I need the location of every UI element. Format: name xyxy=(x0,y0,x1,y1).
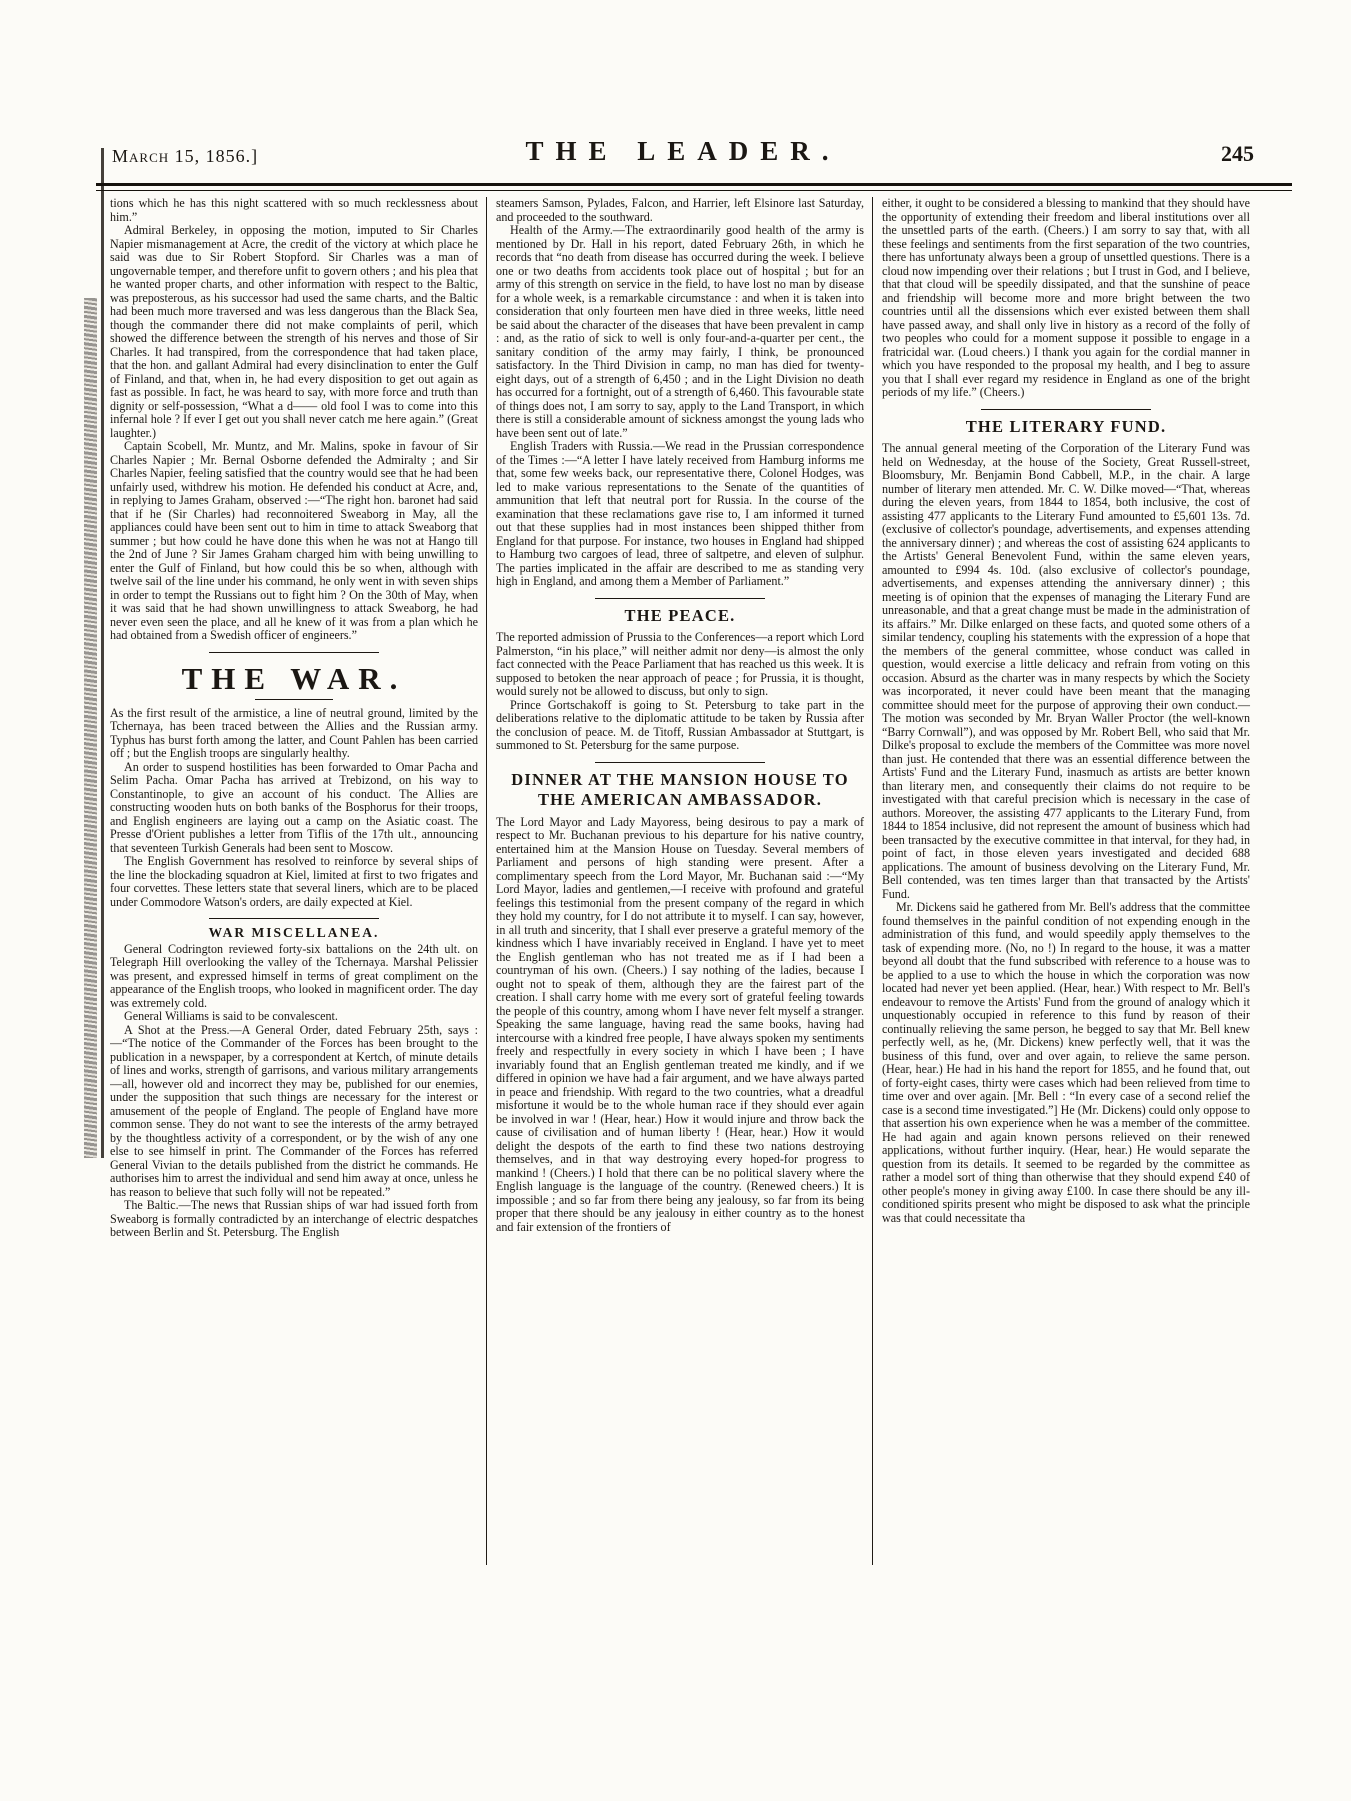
article-paragraph: A Shot at the Press.—A General Order, da… xyxy=(110,1024,478,1200)
column-2: steamers Samson, Pylades, Falcon, and Ha… xyxy=(486,197,872,1565)
article-paragraph: The Baltic.—The news that Russian ships … xyxy=(110,1199,478,1240)
column-3: either, it ought to be considered a bles… xyxy=(872,197,1258,1565)
article-paragraph: Health of the Army.—The extraordinarily … xyxy=(496,224,864,440)
section-divider xyxy=(595,762,764,763)
section-divider xyxy=(595,598,764,599)
article-paragraph: Captain Scobell, Mr. Muntz, and Mr. Mali… xyxy=(110,440,478,643)
article-paragraph: Mr. Dickens said he gathered from Mr. Be… xyxy=(882,901,1250,1225)
column-1: tions which he has this night scattered … xyxy=(110,197,486,1565)
article-heading: THE WAR. xyxy=(110,662,478,696)
section-divider xyxy=(981,409,1150,410)
article-paragraph: The annual general meeting of the Corpor… xyxy=(882,442,1250,901)
section-divider xyxy=(209,918,378,919)
article-paragraph: Admiral Berkeley, in opposing the motion… xyxy=(110,224,478,440)
scan-edge-line xyxy=(101,148,104,1158)
section-divider xyxy=(255,699,332,700)
article-paragraph: As the first result of the armistice, a … xyxy=(110,707,478,761)
article-paragraph: General Codrington reviewed forty-six ba… xyxy=(110,943,478,1011)
article-paragraph: either, it ought to be considered a bles… xyxy=(882,197,1250,400)
article-paragraph: English Traders with Russia.—We read in … xyxy=(496,440,864,589)
header-rule xyxy=(96,183,1292,191)
article-heading: THE LITERARY FUND. xyxy=(888,417,1244,438)
article-paragraph: The English Government has resolved to r… xyxy=(110,855,478,909)
article-heading: WAR MISCELLANEA. xyxy=(110,926,478,940)
article-paragraph: General Williams is said to be convalesc… xyxy=(110,1010,478,1024)
article-heading: DINNER AT THE MANSION HOUSE TO THE AMERI… xyxy=(502,770,858,811)
section-divider xyxy=(209,652,378,653)
article-heading: THE PEACE. xyxy=(502,606,858,627)
article-paragraph: tions which he has this night scattered … xyxy=(110,197,478,224)
issue-date: March 15, 1856.] xyxy=(112,146,412,167)
article-paragraph: Prince Gortschakoff is going to St. Pete… xyxy=(496,699,864,753)
page-header: March 15, 1856.] THE LEADER. 245 xyxy=(112,136,1260,167)
article-columns: tions which he has this night scattered … xyxy=(110,197,1258,1565)
article-paragraph: An order to suspend hostilities has been… xyxy=(110,761,478,856)
article-paragraph: The Lord Mayor and Lady Mayoress, being … xyxy=(496,816,864,1235)
masthead-title: THE LEADER. xyxy=(412,136,954,167)
article-paragraph: steamers Samson, Pylades, Falcon, and Ha… xyxy=(496,197,864,224)
scan-edge-artifact xyxy=(84,298,97,1158)
page-number: 245 xyxy=(954,141,1260,167)
newspaper-page: March 15, 1856.] THE LEADER. 245 tions w… xyxy=(0,0,1351,1801)
article-paragraph: The reported admission of Prussia to the… xyxy=(496,631,864,699)
